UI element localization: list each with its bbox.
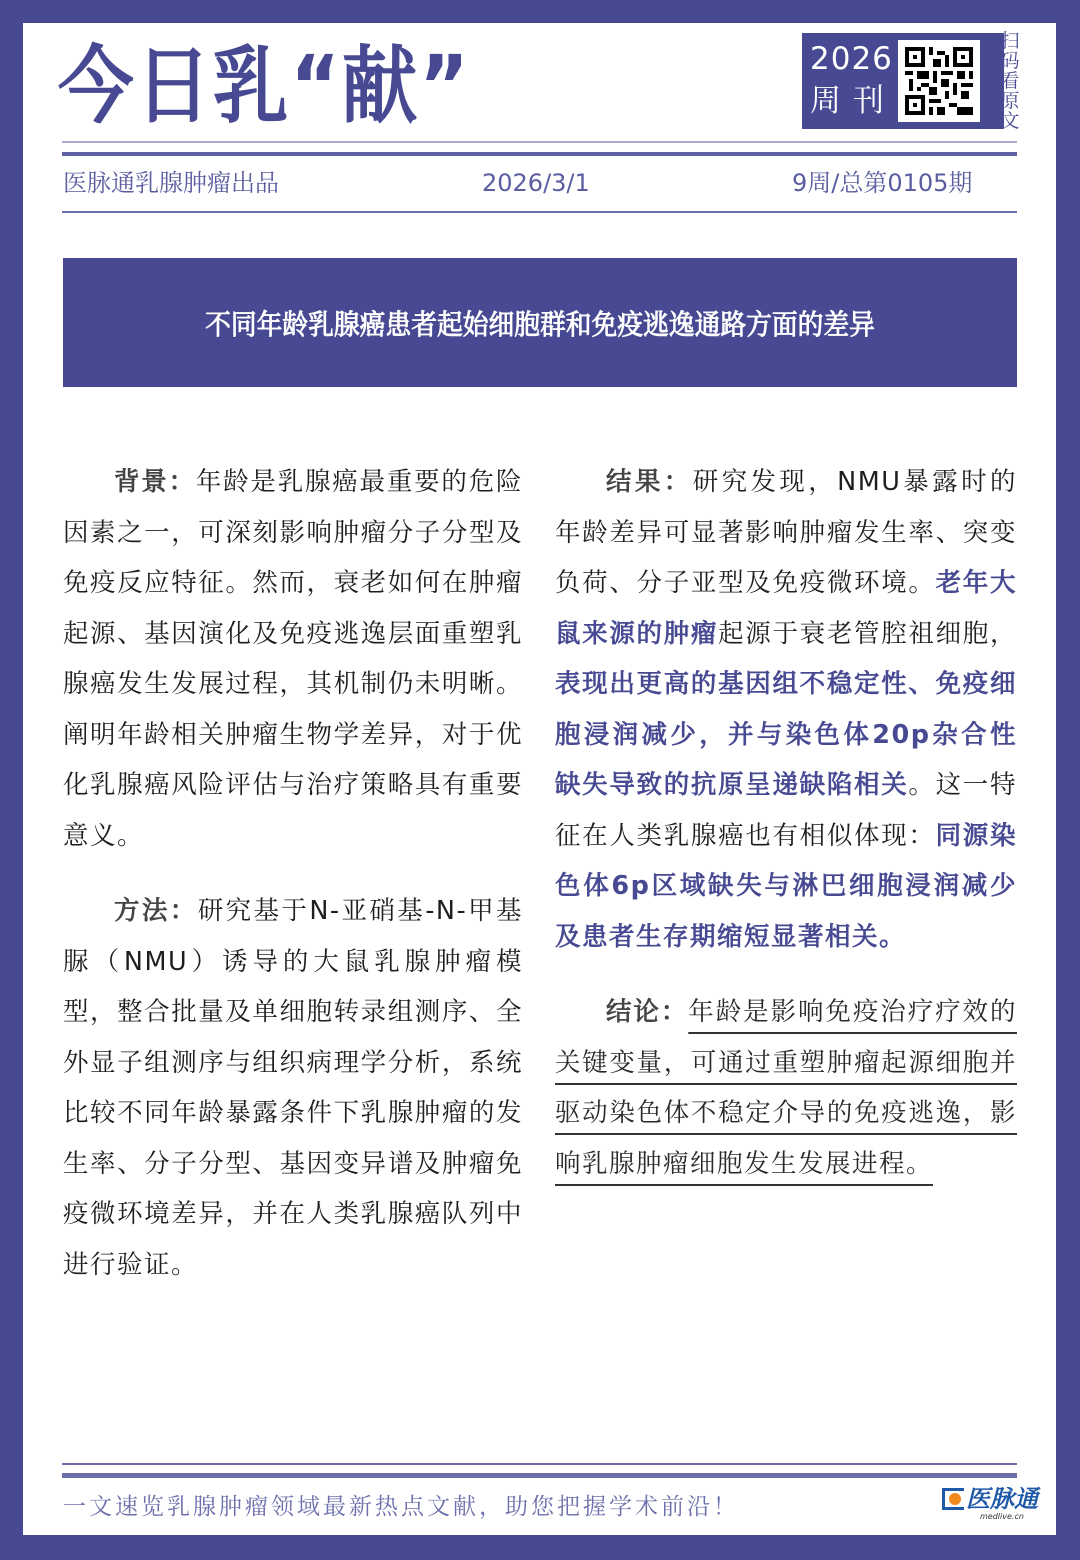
scan-to-read-label: 扫码看原文 — [999, 31, 1021, 131]
results-text-2: 起源于衰老管腔祖细胞， — [718, 619, 1017, 649]
results-section: 结果：研究发现，NMU暴露时的年龄差异可显著影响肿瘤发生率、突变负荷、分子亚型及… — [555, 457, 1017, 962]
results-label: 结果： — [606, 467, 693, 497]
publisher-label: 医脉通乳腺肿瘤出品 — [63, 165, 279, 201]
meta-rule — [62, 211, 1017, 213]
issue-date: 2026/3/1 — [482, 165, 590, 201]
logo-subtext: medlive.cn — [980, 1512, 1024, 1521]
left-column: 背景：年龄是乳腺癌最重要的危险因素之一，可深刻影响肿瘤分子分型及免疫反应特征。然… — [63, 457, 523, 1315]
background-label: 背景： — [114, 467, 196, 497]
issue-year: 2026 — [810, 41, 893, 77]
conclusion-label: 结论： — [606, 997, 688, 1027]
article-title: 不同年龄乳腺癌患者起始细胞群和免疫逃逸通路方面的差异 — [205, 303, 875, 343]
background-text: 年龄是乳腺癌最重要的危险因素之一，可深刻影响肿瘤分子分型及免疫反应特征。然而，衰… — [63, 467, 523, 851]
medlive-logo: 医脉通 medlive.cn — [940, 1484, 1030, 1524]
masthead-title: 今日乳“献” — [58, 36, 471, 136]
background-section: 背景：年龄是乳腺癌最重要的危险因素之一，可深刻影响肿瘤分子分型及免疫反应特征。然… — [63, 457, 523, 861]
issue-kind: 周刊 — [810, 83, 896, 119]
right-column: 结果：研究发现，NMU暴露时的年龄差异可显著影响肿瘤发生率、突变负荷、分子亚型及… — [555, 457, 1017, 1214]
methods-text: 研究基于N-亚硝基-N-甲基脲（NMU）诱导的大鼠乳腺肿瘤模型，整合批量及单细胞… — [63, 896, 523, 1280]
issue-number: 9周/总第0105期 — [792, 165, 972, 201]
footer-tagline: 一文速览乳腺肿瘤领域最新热点文献，助您把握学术前沿！ — [63, 1490, 739, 1524]
logo-dot-icon — [949, 1493, 961, 1505]
header-rule-thin — [62, 141, 1017, 143]
article-title-banner: 不同年龄乳腺癌患者起始细胞群和免疫逃逸通路方面的差异 — [63, 258, 1017, 387]
logo-text: 医脉通 — [966, 1484, 1038, 1514]
methods-section: 方法：研究基于N-亚硝基-N-甲基脲（NMU）诱导的大鼠乳腺肿瘤模型，整合批量及… — [63, 886, 523, 1290]
methods-label: 方法： — [114, 896, 198, 926]
footer-rule-thick — [62, 1473, 1017, 1478]
qr-code-icon[interactable] — [898, 40, 980, 122]
conclusion-section: 结论：年龄是影响免疫治疗疗效的关键变量，可通过重塑肿瘤起源细胞并驱动染色体不稳定… — [555, 987, 1017, 1189]
footer-rule-thin — [62, 1463, 1017, 1465]
header-rule-thick — [62, 152, 1017, 156]
